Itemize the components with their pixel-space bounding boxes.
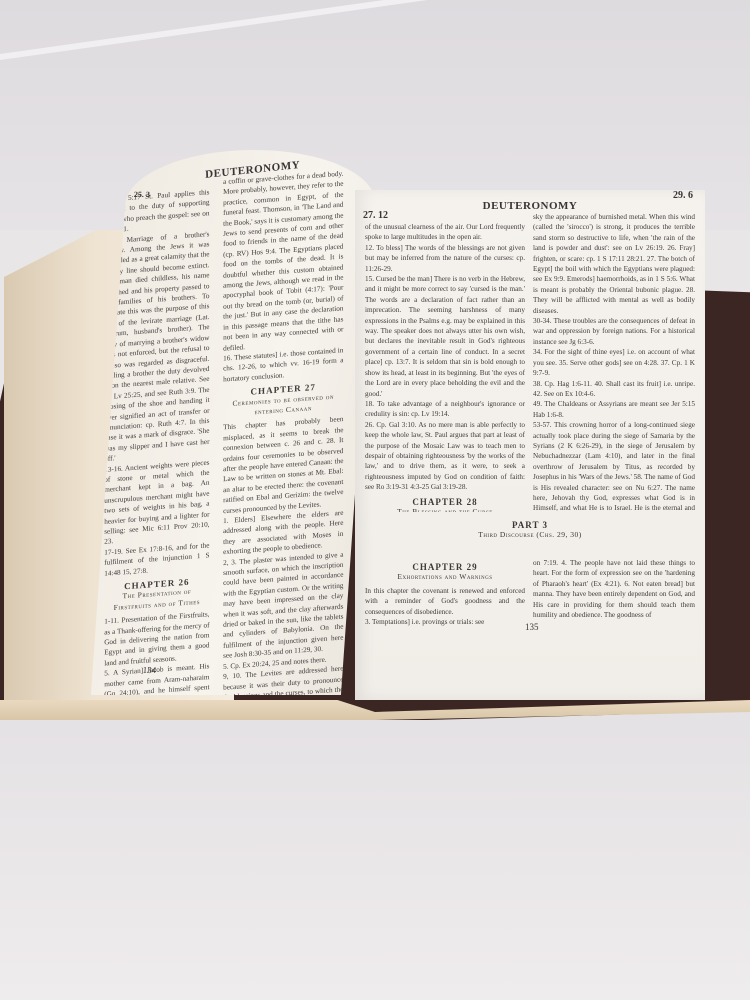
paragraph: 26. Cp. Gal 3:10. As no mere man is able… <box>365 420 525 493</box>
chapter-29-column-a: CHAPTER 29 Exhortations and Warnings In … <box>365 558 525 627</box>
right-page-column-a: of the unusual clearness of the air. Our… <box>365 222 525 512</box>
part-heading-block: PART 3 Third Discourse (Chs. 29, 30) <box>355 520 705 542</box>
running-head: DEUTERONOMY <box>355 190 705 212</box>
paragraph: 30-34. These troubles are the consequenc… <box>533 316 695 347</box>
paragraph: 17-19. See Ex 17:8-16, and for the fulfi… <box>104 540 209 578</box>
chapter-subtitle: Exhortations and Warnings <box>365 572 525 582</box>
part-subtitle: Third Discourse (Chs. 29, 30) <box>355 530 705 539</box>
chapter-29-column-b: on 7:19. 4. The people have not laid the… <box>533 558 695 620</box>
left-page-column-b: a coffin or grave-clothes for a dead bod… <box>223 169 343 695</box>
paragraph: 1-11. Presentation of the Firstfruits, a… <box>104 610 209 669</box>
paragraph: a coffin or grave-clothes for a dead bod… <box>223 169 343 354</box>
chapter-heading: CHAPTER 29 <box>365 562 525 572</box>
paragraph: of the unusual clearness of the air. Our… <box>365 222 525 243</box>
paragraph: 3. Temptations] i.e. provings or trials:… <box>365 617 525 627</box>
chapter-heading: CHAPTER 28 <box>365 497 525 507</box>
paragraph: 15. Cursed be the man] There is no verb … <box>365 274 525 399</box>
paragraph: 49. The Chaldeans or Assyrians are meant… <box>533 399 695 420</box>
paragraph: on 7:19. 4. The people have not laid the… <box>533 558 695 620</box>
paragraph: 12. To bless] The words of the blessings… <box>365 243 525 274</box>
table-surface <box>0 700 750 1000</box>
right-page[interactable]: 27. 12 DEUTERONOMY 29. 6 of the unusual … <box>355 190 705 700</box>
paragraph: 38. Cp. Hag 1:6-11. 40. Shall cast its f… <box>533 379 695 400</box>
page-number: 135 <box>525 622 539 632</box>
paragraph: This chapter has probably been misplaced… <box>223 414 343 516</box>
paragraph: In this chapter the covenant is renewed … <box>365 586 525 617</box>
paragraph: 2, 3. The plaster was intended to give a… <box>223 549 343 661</box>
part-heading: PART 3 <box>355 520 705 530</box>
paragraph: 5-10. Marriage of a brother's widow. Amo… <box>104 229 209 465</box>
page-number: 134 <box>142 665 156 675</box>
verse-reference-left: 27. 12 <box>363 210 388 221</box>
left-page[interactable]: DEUTERONOMY 25. 3 1 Tim 5:17 St. Paul ap… <box>91 150 379 695</box>
verse-reference-right: 29. 6 <box>673 190 693 201</box>
paragraph: 18. To take advantage of a neighbour's i… <box>365 399 525 420</box>
paragraph: 34. For the sight of thine eyes] i.e. on… <box>533 347 695 378</box>
paragraph: 13-16. Ancient weights were pieces of st… <box>104 457 209 547</box>
chapter-subtitle: The Blessing and the Curse <box>365 507 525 512</box>
right-page-column-b: sky the appearance of burnished metal. W… <box>533 212 695 512</box>
paragraph: 53-57. This crowning horror of a long-co… <box>533 420 695 512</box>
paragraph: sky the appearance of burnished metal. W… <box>533 212 695 316</box>
